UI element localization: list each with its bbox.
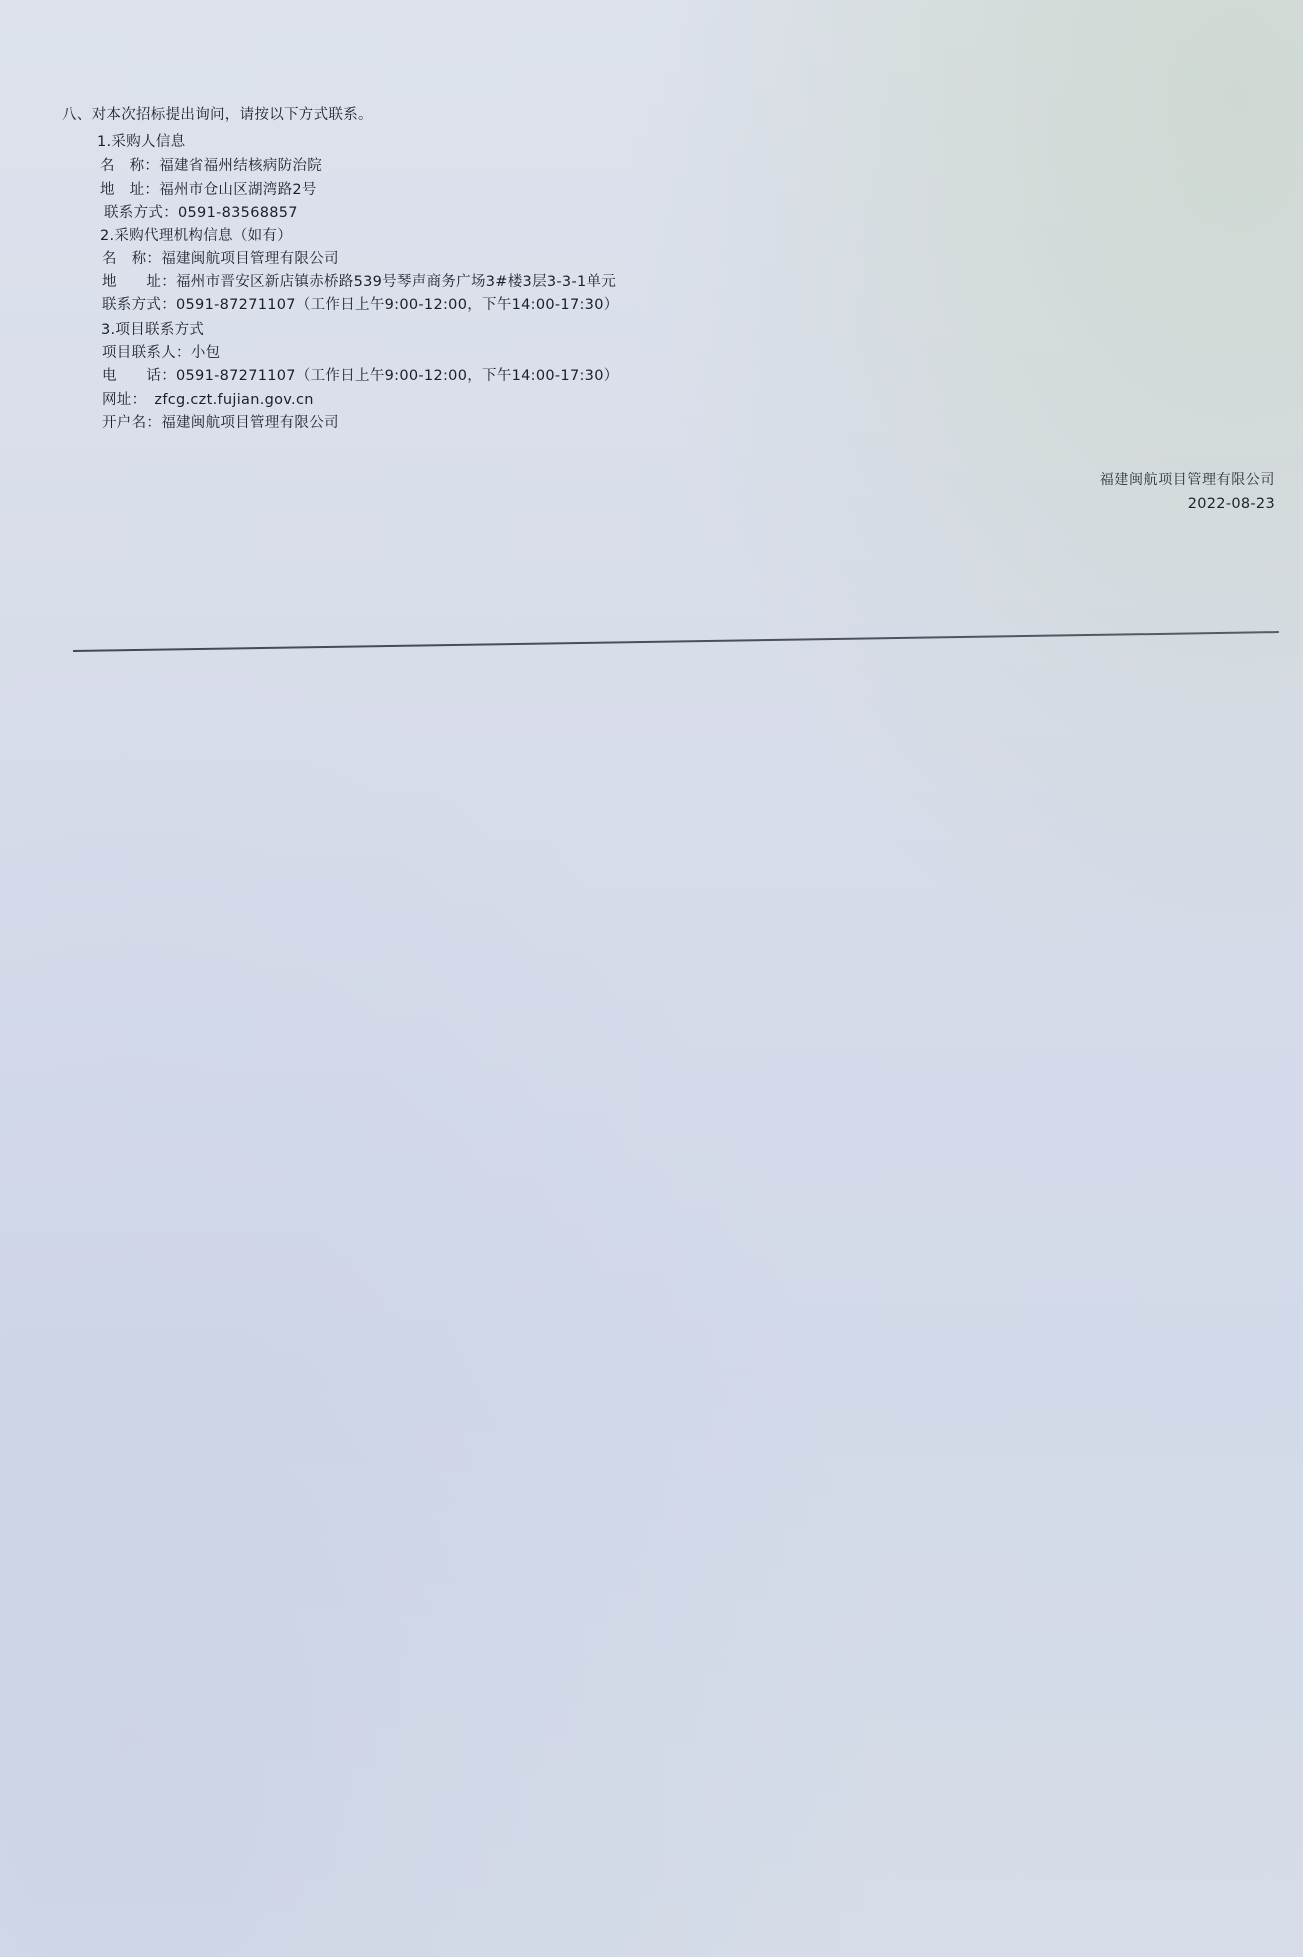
agency-address-row: 地 址：福州市晋安区新店镇赤桥路539号琴声商务广场3#楼3层3-3-1单元 <box>102 272 616 292</box>
agency-contact-value: 0591-87271107（工作日上午9:00-12:00，下午14:00-17… <box>176 297 619 313</box>
purchaser-heading: 1.采购人信息 <box>97 132 185 152</box>
section-heading: 八、对本次招标提出询问，请按以下方式联系。 <box>62 105 373 125</box>
agency-contact-label: 联系方式： <box>102 295 176 315</box>
project-person-value: 小包 <box>191 345 221 361</box>
signature-company: 福建闽航项目管理有限公司 <box>1100 469 1275 489</box>
project-phone-value: 0591-87271107（工作日上午9:00-12:00，下午14:00-17… <box>176 368 619 384</box>
project-account-label: 开户名： <box>102 413 161 433</box>
project-account-row: 开户名：福建闽航项目管理有限公司 <box>102 413 339 433</box>
agency-contact-row: 联系方式：0591-87271107（工作日上午9:00-12:00，下午14:… <box>102 295 619 315</box>
purchaser-contact-row: 联系方式：0591-83568857 <box>104 203 298 223</box>
purchaser-address-label: 地 址： <box>100 180 159 200</box>
document-page: 八、对本次招标提出询问，请按以下方式联系。 1.采购人信息 名 称：福建省福州结… <box>0 0 1303 1957</box>
project-account-value: 福建闽航项目管理有限公司 <box>161 415 339 431</box>
agency-name-row: 名 称：福建闽航项目管理有限公司 <box>102 249 339 269</box>
purchaser-contact-value: 0591-83568857 <box>178 205 298 221</box>
agency-address-label: 地 址： <box>102 272 176 292</box>
purchaser-address-value: 福州市仓山区湖湾路2号 <box>159 182 317 198</box>
purchaser-name-row: 名 称：福建省福州结核病防治院 <box>100 156 322 176</box>
purchaser-address-row: 地 址：福州市仓山区湖湾路2号 <box>100 180 317 200</box>
project-contact-heading: 3.项目联系方式 <box>101 320 204 340</box>
project-website-row: 网址：zfcg.czt.fujian.gov.cn <box>102 390 314 410</box>
project-person-label: 项目联系人： <box>102 343 191 363</box>
agency-name-label: 名 称： <box>102 249 161 269</box>
purchaser-contact-label: 联系方式： <box>104 203 178 223</box>
purchaser-name-value: 福建省福州结核病防治院 <box>159 158 322 174</box>
purchaser-name-label: 名 称： <box>100 156 159 176</box>
project-person-row: 项目联系人：小包 <box>102 343 220 363</box>
project-website-value: zfcg.czt.fujian.gov.cn <box>154 392 313 408</box>
agency-address-value: 福州市晋安区新店镇赤桥路539号琴声商务广场3#楼3层3-3-1单元 <box>176 274 616 290</box>
horizontal-rule <box>73 631 1279 652</box>
agency-heading: 2.采购代理机构信息（如有） <box>100 226 292 246</box>
agency-name-value: 福建闽航项目管理有限公司 <box>161 251 339 267</box>
signature-date: 2022-08-23 <box>1188 496 1275 512</box>
project-phone-label: 电 话： <box>102 366 176 386</box>
project-phone-row: 电 话：0591-87271107（工作日上午9:00-12:00，下午14:0… <box>102 366 619 386</box>
project-website-label: 网址： <box>102 390 146 410</box>
